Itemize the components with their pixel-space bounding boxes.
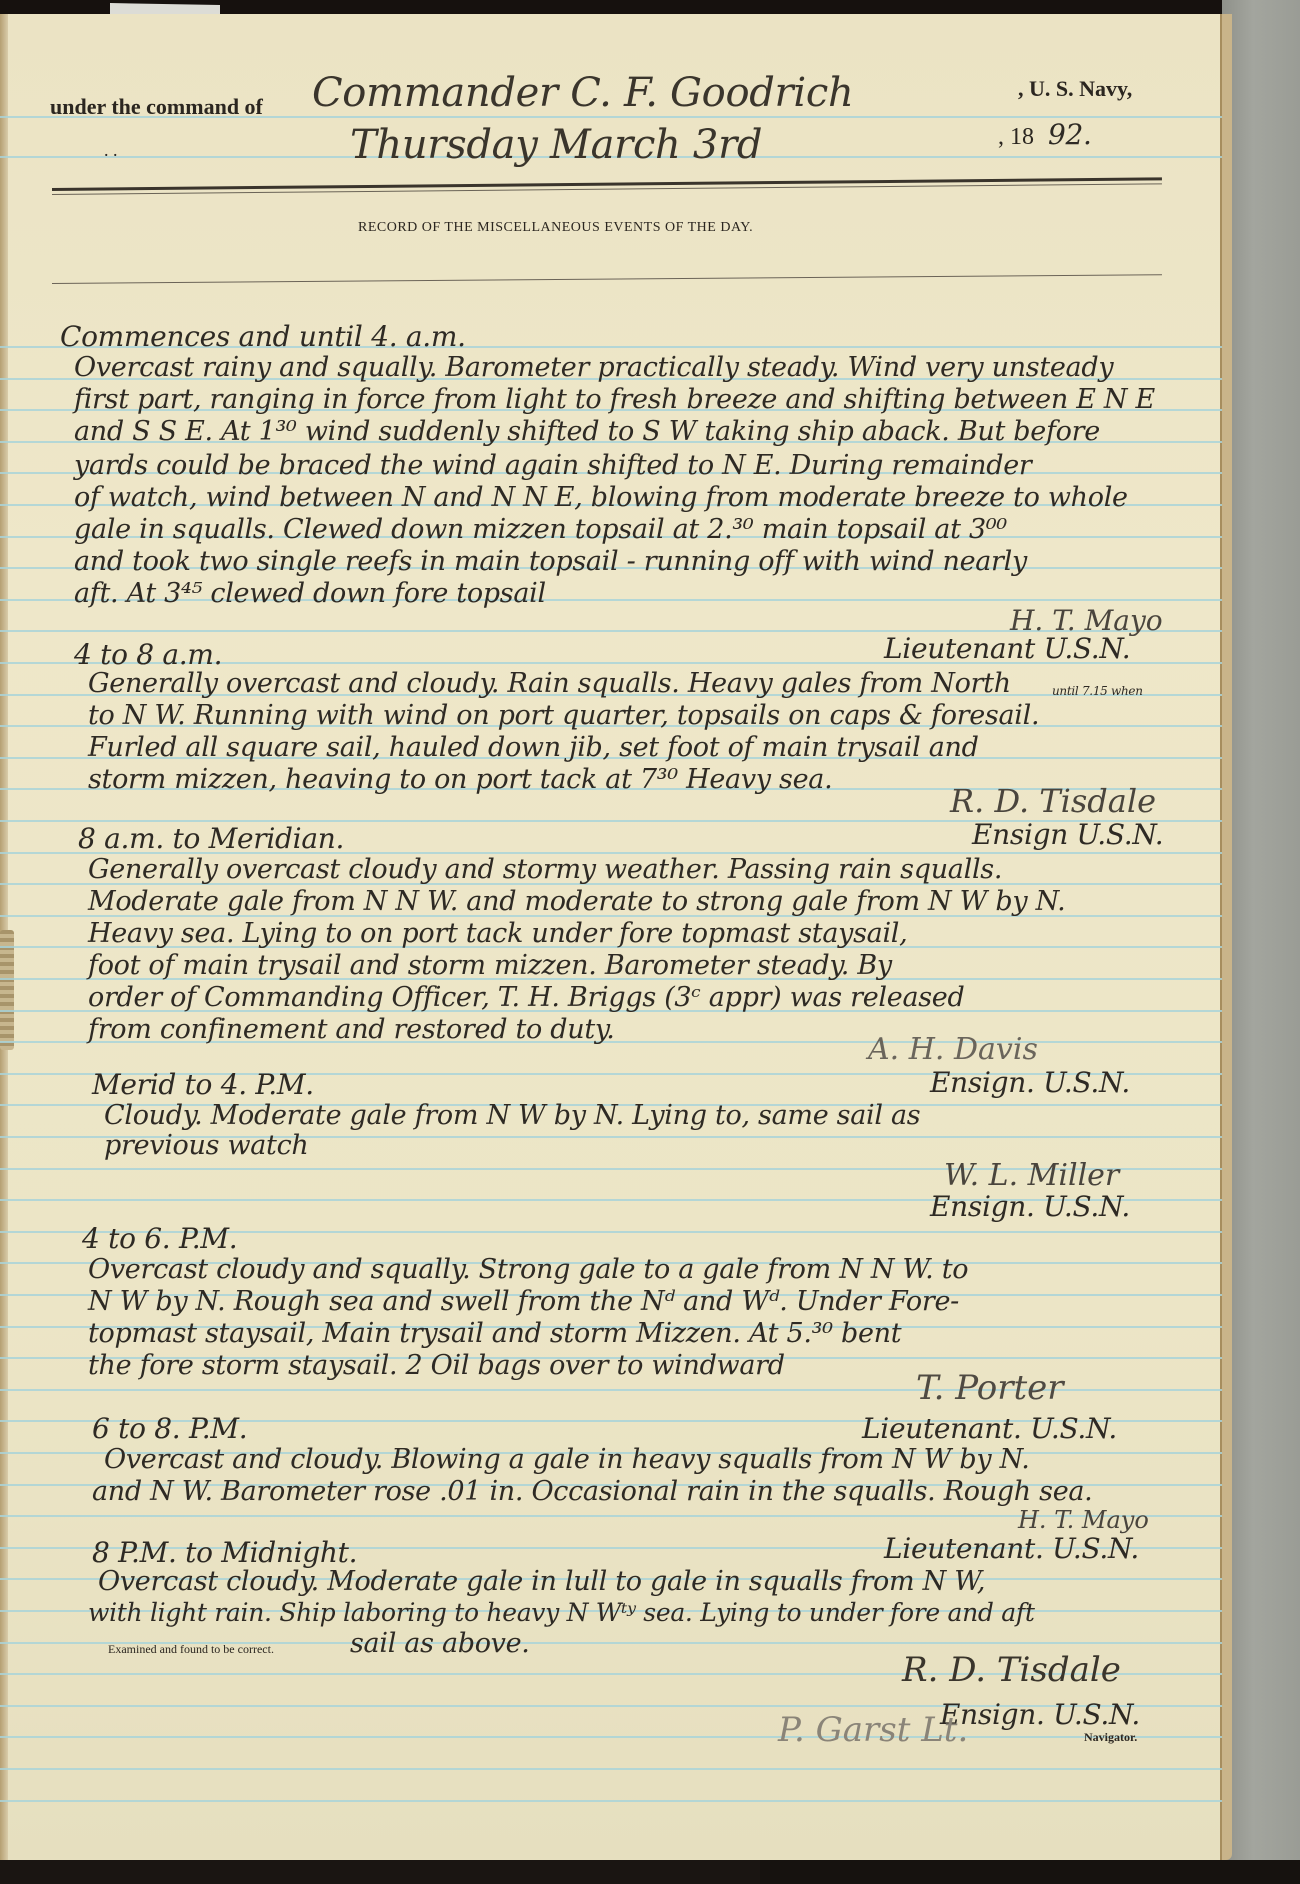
entry-line: first part, ranging in force from light … <box>74 384 1155 415</box>
officer-rank: Ensign U.S.N. <box>972 818 1163 851</box>
navigator-signature: P. Garst Lt. <box>778 1710 968 1750</box>
officer-signature: R. D. Tisdale <box>950 782 1156 820</box>
entry-line: Overcast cloudy and squally. Strong gale… <box>88 1254 968 1285</box>
commander-name: Commander C. F. Goodrich <box>312 70 853 116</box>
entry-line: Furled all square sail, hauled down jib,… <box>88 732 979 763</box>
ruled-line <box>0 1736 1222 1738</box>
entry-line: the fore storm staysail. 2 Oil bags over… <box>88 1350 785 1381</box>
entry-line: Generally overcast and cloudy. Rain squa… <box>88 668 1011 699</box>
date-written: Thursday March 3rd <box>350 122 762 168</box>
scan-backing <box>1222 0 1300 1884</box>
officer-signature: T. Porter <box>916 1368 1064 1408</box>
watch-heading: 4 to 8 a.m. <box>74 638 222 671</box>
entry-line: aft. At 3⁴⁵ clewed down fore topsail <box>74 578 546 609</box>
entry-line: to N W. Running with wind on port quarte… <box>88 700 1039 731</box>
entry-line: from confinement and restored to duty. <box>88 1014 615 1045</box>
entry-line: of watch, wind between N and N N E, blow… <box>74 482 1128 513</box>
watch-heading: 8 P.M. to Midnight. <box>92 1536 357 1569</box>
watch-heading: 6 to 8. P.M. <box>92 1412 247 1445</box>
watch-heading: Merid to 4. P.M. <box>92 1068 314 1101</box>
entry-line: with light rain. Ship laboring to heavy … <box>88 1598 1035 1627</box>
entry-line: Generally overcast cloudy and stormy wea… <box>88 854 1002 885</box>
entry-line: sail as above. <box>350 1628 530 1659</box>
examined-label: Examined and found to be correct. <box>108 1642 274 1657</box>
watch-heading: 8 a.m. to Meridian. <box>78 822 344 855</box>
officer-rank: Ensign. U.S.N. <box>930 1190 1130 1223</box>
header-ticks: . . <box>104 140 118 161</box>
entry-line: foot of main trysail and storm mizzen. B… <box>88 950 892 981</box>
interlineation: until 7.15 when <box>1052 684 1143 698</box>
entry-line: yards could be braced the wind again shi… <box>74 450 1031 481</box>
entry-line: order of Commanding Officer, T. H. Brigg… <box>88 982 964 1013</box>
officer-signature: H. T. Mayo <box>1018 1506 1149 1534</box>
entry-line: previous watch <box>104 1130 309 1161</box>
year-prefix: , 18 <box>998 124 1034 151</box>
entry-line: and took two single reefs in main topsai… <box>74 546 1027 577</box>
officer-signature: A. H. Davis <box>868 1032 1038 1067</box>
entry-line: N W by N. Rough sea and swell from the N… <box>88 1286 959 1317</box>
navigator-label: Navigator. <box>1084 1730 1137 1745</box>
watch-heading: 4 to 6. P.M. <box>82 1222 237 1255</box>
watch-heading: Commences and until 4. a.m. <box>60 320 466 353</box>
scan-bottom-edge <box>760 1860 1300 1884</box>
officer-signature: W. L. Miller <box>944 1158 1119 1193</box>
binding-thread <box>0 930 14 1050</box>
officer-rank: Ensign. U.S.N. <box>930 1066 1130 1099</box>
ruled-line <box>0 1800 1222 1802</box>
officer-rank: Lieutenant U.S.N. <box>884 632 1130 665</box>
entry-line: topmast staysail, Main trysail and storm… <box>88 1318 901 1349</box>
section-title: RECORD OF THE MISCELLANEOUS EVENTS OF TH… <box>358 220 753 236</box>
year-handwritten: 92. <box>1048 118 1092 151</box>
command-prefix: under the command of <box>50 94 263 120</box>
officer-rank: Lieutenant. U.S.N. <box>884 1532 1139 1565</box>
entry-line: Overcast rainy and squally. Barometer pr… <box>74 352 1113 383</box>
officer-rank: Lieutenant. U.S.N. <box>862 1412 1117 1445</box>
entry-line: storm mizzen, heaving to on port tack at… <box>88 764 832 795</box>
entry-line: Moderate gale from N N W. and moderate t… <box>88 886 1065 917</box>
entry-line: and S S E. At 1³⁰ wind suddenly shifted … <box>74 416 1100 447</box>
officer-signature: R. D. Tisdale <box>902 1650 1121 1690</box>
entry-line: Overcast cloudy. Moderate gale in lull t… <box>98 1566 985 1597</box>
ruled-line <box>0 1768 1222 1770</box>
entry-line: Heavy sea. Lying to on port tack under f… <box>88 918 907 949</box>
entry-line: and N W. Barometer rose .01 in. Occasion… <box>92 1476 1092 1507</box>
service-label: , U. S. Navy, <box>1018 76 1132 102</box>
entry-line: Overcast and cloudy. Blowing a gale in h… <box>104 1444 1030 1475</box>
entry-line: gale in squalls. Clewed down mizzen tops… <box>74 514 1007 545</box>
entry-line: Cloudy. Moderate gale from N W by N. Lyi… <box>104 1100 920 1131</box>
officer-rank: Ensign. U.S.N. <box>940 1698 1140 1731</box>
